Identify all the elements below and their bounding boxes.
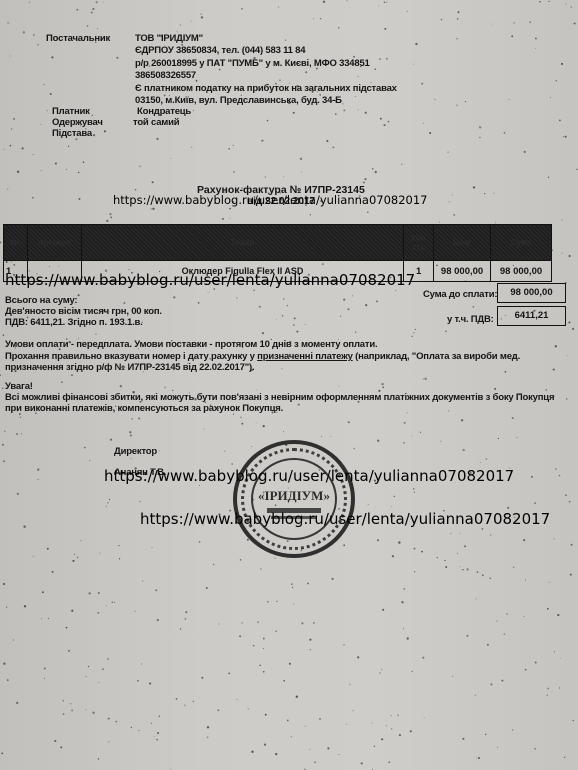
- instruction-text: Прохання правильно вказувати номер і дат…: [5, 351, 257, 362]
- supplier-label: Постачальник: [46, 33, 110, 44]
- col-number: №: [4, 225, 28, 261]
- supplier-ipn: 386508326557: [135, 70, 196, 81]
- supplier-name: ТОВ "ІРИДІУМ": [135, 33, 203, 44]
- col-product: Товар: [81, 225, 403, 261]
- cell-sum: 98 000,00: [491, 261, 552, 282]
- watermark: https://www.babyblog.ru/user/lenta/yulia…: [140, 510, 550, 528]
- company-stamp: «ІРИДІУМ»: [233, 440, 355, 558]
- supplier-account: р/р 260018995 у ПАТ "ПУМБ" у м. Києві, М…: [135, 58, 370, 69]
- to-pay-label: Сума до сплати:: [423, 289, 497, 300]
- payment-terms: Умови оплати - передплата. Умови поставк…: [5, 339, 377, 350]
- supplier-address: 03150, м.Київ, вул. Предславинська, буд.…: [135, 95, 342, 106]
- warning-line-2: при виконанні платежів, компенсуються за…: [5, 403, 283, 414]
- recipient-label: Одержувач: [52, 117, 103, 128]
- payer-label: Платник: [52, 106, 90, 117]
- col-article: Артикул: [27, 225, 81, 261]
- warning-line-1: Всі можливі фінансові збитки, які можуть…: [5, 392, 554, 403]
- watermark: https://www.babyblog.ru/user/lenta/yulia…: [5, 271, 415, 289]
- supplier-edrpou: ЄДРПОУ 38650834, тел. (044) 583 11 84: [135, 45, 305, 56]
- watermark: https://www.babyblog.ru/user/lenta/yulia…: [113, 193, 428, 207]
- col-qty: Кіл-сть: [404, 225, 434, 261]
- basis-label: Підстава: [52, 128, 92, 139]
- table-header: № Артикул Товар Кіл-сть Ціна Сума: [4, 225, 552, 261]
- col-sum: Сума: [491, 225, 552, 261]
- instruction-underlined: призначенні платежу: [257, 351, 353, 362]
- to-pay-value: 98 000,00: [497, 283, 566, 303]
- recipient-value: той самий: [133, 117, 179, 128]
- total-in-words: Дев'яносто вісім тисяч грн, 00 коп.: [5, 306, 162, 317]
- signer-position: Директор: [114, 446, 157, 457]
- watermark: https://www.babyblog.ru/user/lenta/yulia…: [104, 467, 514, 485]
- vat-value: 6411,21: [497, 306, 566, 326]
- cell-price: 98 000,00: [434, 261, 491, 282]
- payer-value: Кондратець: [137, 106, 191, 117]
- total-label: Всього на суму:: [5, 295, 77, 306]
- col-price: Ціна: [434, 225, 491, 261]
- vat-note: ПДВ: 6411,21. Згідно п. 193.1.в.: [5, 317, 143, 328]
- payment-instruction: Прохання правильно вказувати номер і дат…: [5, 351, 520, 362]
- warning-title: Увага!: [5, 381, 33, 392]
- supplier-tax-status: Є платником податку на прибуток на загал…: [135, 83, 397, 94]
- payment-purpose-example: призначення згідно р/ф № И7ПР-23145 від …: [5, 362, 254, 373]
- instruction-example: (наприклад, "Оплата за вироби мед.: [353, 351, 520, 362]
- stamp-text: «ІРИДІУМ»: [237, 488, 351, 504]
- invoice-page: Постачальник ТОВ "ІРИДІУМ" ЄДРПОУ 386508…: [0, 0, 578, 770]
- vat-label: у т.ч. ПДВ:: [447, 314, 494, 325]
